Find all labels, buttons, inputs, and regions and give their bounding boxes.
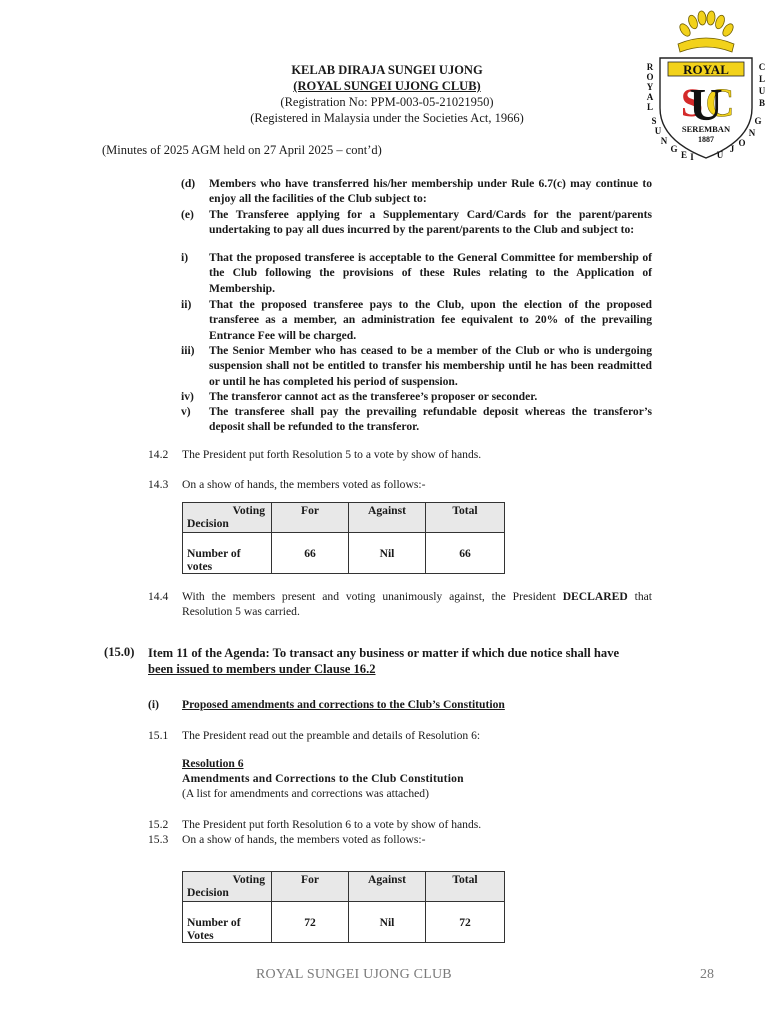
para-15-1-number: 15.1 — [148, 728, 168, 743]
total-header: Total — [426, 872, 505, 902]
svg-text:I: I — [690, 152, 694, 160]
against-value: Nil — [349, 533, 426, 574]
rule-e-marker: (e) — [181, 207, 194, 222]
svg-text:G: G — [754, 116, 761, 126]
total-header: Total — [426, 503, 505, 533]
para-14-3-number: 14.3 — [148, 477, 168, 492]
minutes-note: (Minutes of 2025 AGM held on 27 April 20… — [102, 143, 382, 158]
resolution-6-note: (A list for amendments and corrections w… — [182, 786, 429, 801]
voting-decision-header: Voting Decision — [183, 872, 272, 902]
number-of-votes-label: Number of Votes — [183, 902, 272, 943]
registration-number: (Registration No: PPM-003-05-21021950) — [200, 94, 574, 110]
subsection-i-title: Proposed amendments and corrections to t… — [182, 697, 652, 712]
svg-text:O: O — [738, 138, 745, 148]
svg-text:J: J — [730, 144, 735, 154]
svg-text:N: N — [661, 136, 668, 146]
resolution-6-vote-table: Voting Decision For Against Total Number… — [182, 871, 505, 943]
for-header: For — [272, 503, 349, 533]
svg-text:E: E — [681, 150, 687, 160]
rule-e-text: The Transferee applying for a Supplement… — [209, 207, 652, 238]
svg-text:L: L — [647, 102, 653, 112]
condition-iv-text: The transferor cannot act as the transfe… — [209, 389, 652, 404]
condition-ii-marker: ii) — [181, 297, 191, 312]
voting-decision-header: Voting Decision — [183, 503, 272, 533]
para-14-4-text: With the members present and voting unan… — [182, 589, 652, 620]
total-value: 72 — [426, 902, 505, 943]
svg-text:U: U — [655, 126, 662, 136]
registration-act: (Registered in Malaysia under the Societ… — [200, 110, 574, 126]
total-value: 66 — [426, 533, 505, 574]
svg-text:U: U — [759, 86, 766, 96]
svg-text:U: U — [717, 150, 724, 160]
svg-text:U: U — [689, 79, 722, 130]
page-number: 28 — [700, 967, 714, 983]
para-15-2-number: 15.2 — [148, 817, 168, 832]
para-15-1-text: The President read out the preamble and … — [182, 728, 652, 743]
against-header: Against — [349, 872, 426, 902]
declared-keyword: DECLARED — [563, 590, 628, 603]
rule-d-text: Members who have transferred his/her mem… — [209, 176, 652, 207]
svg-text:S: S — [651, 116, 656, 126]
para-15-3-number: 15.3 — [148, 832, 168, 847]
svg-text:O: O — [646, 72, 653, 82]
svg-text:ROYAL: ROYAL — [683, 62, 729, 77]
resolution-5-vote-table: Voting Decision For Against Total Number… — [182, 502, 505, 574]
for-header: For — [272, 872, 349, 902]
club-crest-icon: ROYAL S C U SEREMBAN 1887 ROYAL CLUB SUN… — [640, 8, 768, 160]
subsection-i-marker: (i) — [148, 697, 159, 712]
svg-text:R: R — [647, 62, 654, 72]
svg-text:Y: Y — [647, 82, 654, 92]
condition-i-text: That the proposed transferee is acceptab… — [209, 250, 652, 296]
svg-text:A: A — [647, 92, 654, 102]
para-14-2-number: 14.2 — [148, 447, 168, 462]
svg-text:SEREMBAN: SEREMBAN — [682, 124, 731, 134]
against-header: Against — [349, 503, 426, 533]
condition-iv-marker: iv) — [181, 389, 194, 404]
condition-iii-text: The Senior Member who has ceased to be a… — [209, 343, 652, 389]
resolution-6-subtitle: Amendments and Corrections to the Club C… — [182, 771, 464, 786]
svg-text:G: G — [670, 144, 677, 154]
number-of-votes-label: Number of votes — [183, 533, 272, 574]
para-14-4-number: 14.4 — [148, 589, 168, 604]
footer-club-name: ROYAL SUNGEI UJONG CLUB — [256, 967, 452, 983]
svg-text:1887: 1887 — [698, 135, 714, 144]
section-15-heading: Item 11 of the Agenda: To transact any b… — [148, 645, 658, 677]
club-name-malay: KELAB DIRAJA SUNGEI UJONG — [200, 62, 574, 78]
resolution-6-title: Resolution 6 — [182, 756, 244, 771]
para-14-3-text: On a show of hands, the members voted as… — [182, 477, 652, 492]
condition-ii-text: That the proposed transferee pays to the… — [209, 297, 652, 343]
svg-text:B: B — [759, 98, 765, 108]
against-value: Nil — [349, 902, 426, 943]
para-15-3-text: On a show of hands, the members voted as… — [182, 832, 652, 847]
svg-text:L: L — [759, 74, 765, 84]
section-15-number: (15.0) — [104, 645, 134, 660]
condition-v-text: The transferee shall pay the prevailing … — [209, 404, 652, 435]
condition-v-marker: v) — [181, 404, 191, 419]
club-name-english: (ROYAL SUNGEI UJONG CLUB) — [200, 78, 574, 94]
for-value: 72 — [272, 902, 349, 943]
for-value: 66 — [272, 533, 349, 574]
condition-iii-marker: iii) — [181, 343, 195, 358]
svg-text:N: N — [749, 128, 756, 138]
svg-text:C: C — [759, 62, 766, 72]
para-14-2-text: The President put forth Resolution 5 to … — [182, 447, 652, 462]
rule-d-marker: (d) — [181, 176, 195, 191]
para-15-2-text: The President put forth Resolution 6 to … — [182, 817, 652, 832]
condition-i-marker: i) — [181, 250, 188, 265]
